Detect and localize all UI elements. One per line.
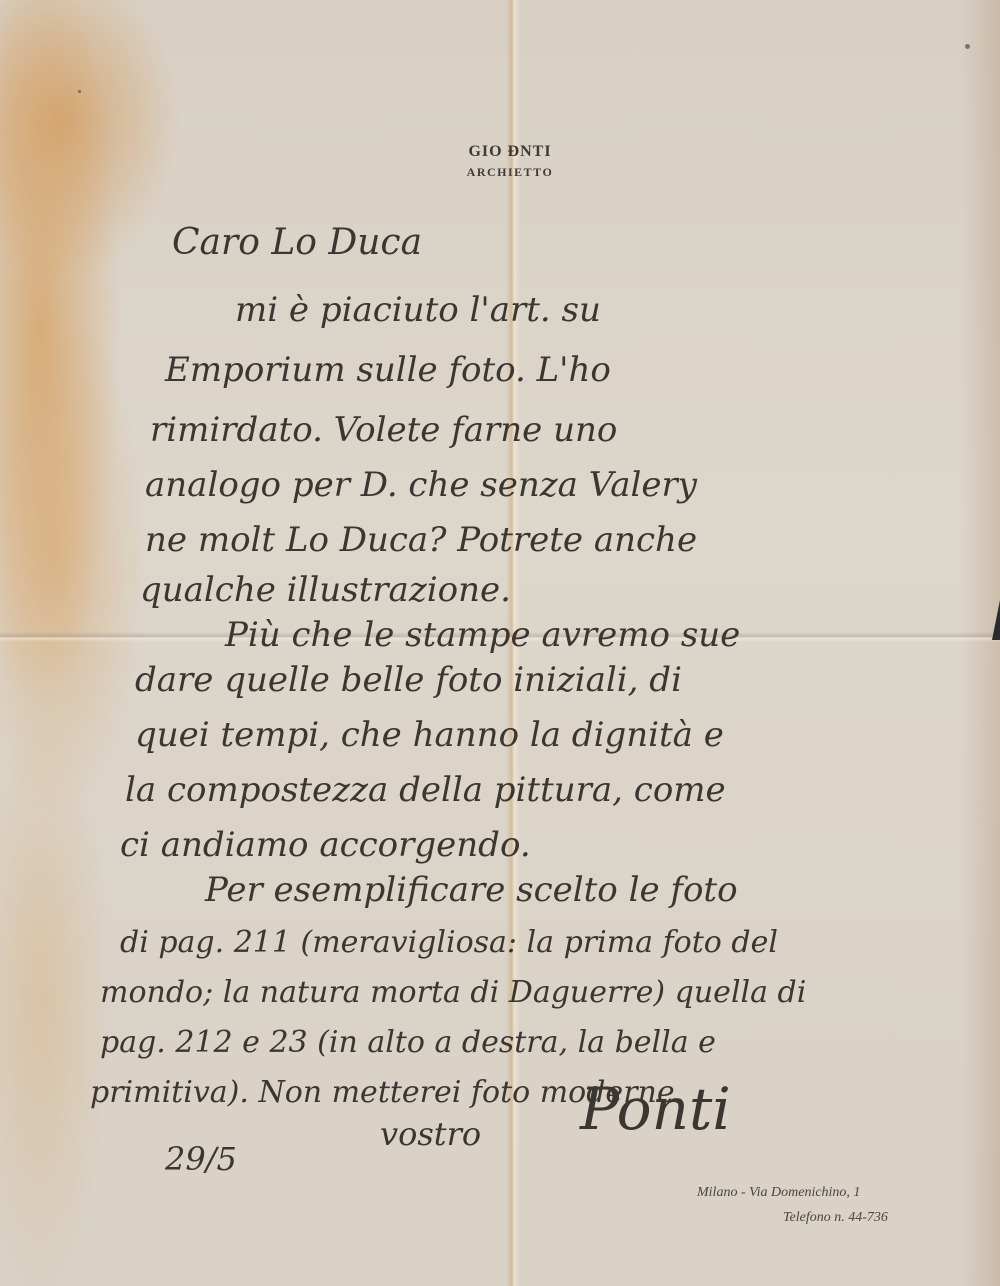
salutation: Caro Lo Duca — [172, 222, 422, 263]
letter-line: di pag. 211 (meravigliosa: la prima foto… — [120, 925, 778, 960]
letterhead-title: ARCHIETTO — [20, 165, 1000, 180]
letter-line: quei tempi, che hanno la dignità e — [135, 715, 724, 755]
signature: Ponti — [580, 1075, 731, 1143]
letter-line: la compostezza della pittura, come — [125, 770, 726, 810]
letter-line: Per esemplificare scelto le foto — [205, 870, 738, 910]
letter-line: rimirdato. Volete farne uno — [150, 410, 617, 450]
letter-line: mi è piaciuto l'art. su — [235, 290, 601, 330]
letter-date: 29/5 — [165, 1140, 237, 1178]
letter-page: GIO ÐNTI ARCHIETTO Caro Lo Duca mi è pia… — [0, 0, 1000, 1286]
letterhead: GIO ÐNTI ARCHIETTO — [0, 143, 1000, 180]
paper-spot — [78, 90, 81, 93]
letter-line: analogo per D. che senza Valery — [145, 465, 697, 505]
letter-line: ne molt Lo Duca? Potrete anche — [145, 520, 697, 560]
closing: vostro — [380, 1115, 481, 1153]
paper-spot — [965, 44, 970, 49]
footer-address: Milano - Via Domenichino, 1 — [697, 1185, 860, 1201]
letter-line: qualche illustrazione. — [140, 570, 511, 610]
letter-line: mondo; la natura morta di Daguerre) quel… — [100, 975, 806, 1010]
letter-line: dare quelle belle foto iniziali, di — [135, 660, 682, 700]
letter-line: ci andiamo accorgendo. — [120, 825, 531, 865]
page-corner-tear — [992, 600, 1000, 640]
letter-line: Più che le stampe avremo sue — [225, 615, 740, 655]
letter-line: pag. 212 e 23 (in alto a destra, la bell… — [100, 1025, 716, 1060]
letterhead-name: GIO ÐNTI — [20, 143, 1000, 161]
letter-line: Emporium sulle foto. L'ho — [165, 350, 611, 390]
footer-phone: Telefono n. 44-736 — [783, 1210, 888, 1226]
